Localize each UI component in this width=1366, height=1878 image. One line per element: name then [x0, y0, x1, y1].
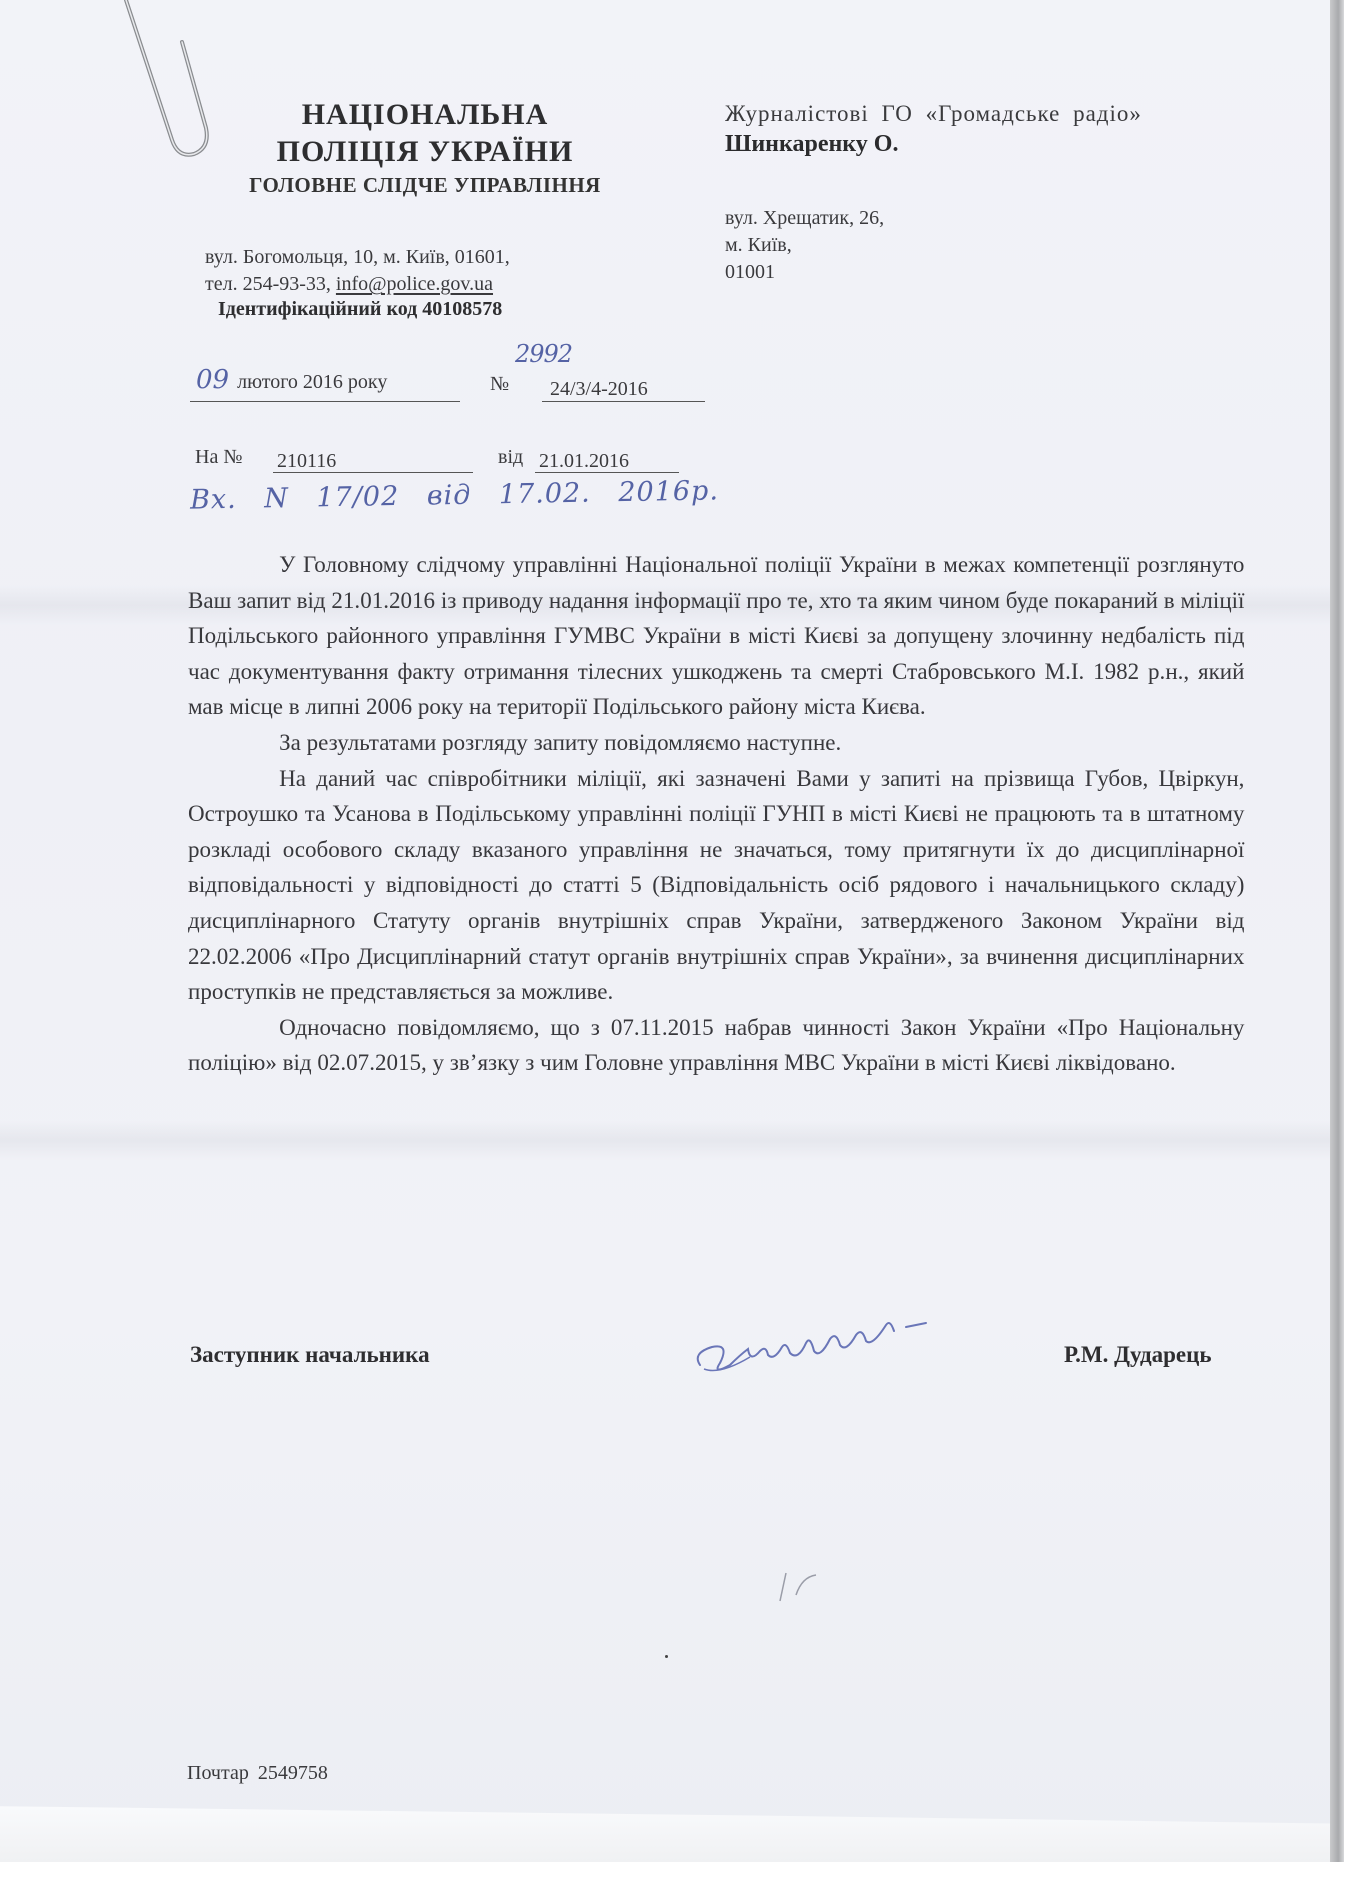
recipient-postcode: 01001 — [725, 259, 884, 286]
letter-body: У Головному слідчому управлінні Націонал… — [188, 548, 1244, 1082]
ref-number-field: 210116 — [273, 438, 473, 473]
org-phone: тел. 254-93-33, — [205, 273, 331, 295]
recipient-street: вул. Хрещатик, 26, — [725, 205, 884, 232]
recipient-city: м. Київ, — [725, 232, 884, 259]
body-paragraph: У Головному слідчому управлінні Націонал… — [188, 548, 1244, 726]
org-id-code: Ідентифікаційний код 40108578 — [218, 298, 502, 321]
paper-edge-shadow — [1330, 0, 1344, 1862]
org-department: ГОЛОВНЕ СЛІДЧЕ УПРАВЛІННЯ — [190, 170, 660, 200]
outgoing-doc-number: 24/3/4-2016 — [542, 365, 705, 402]
recipient-block: Журналістові ГО «Громадське радіо» Шинка… — [725, 98, 1142, 160]
handwritten-signature-icon — [690, 1305, 1010, 1385]
number-sign: № — [490, 373, 509, 396]
body-paragraph: Одночасно повідомляємо, що з 07.11.2015 … — [188, 1011, 1244, 1082]
ink-speck — [665, 1655, 668, 1658]
org-email-link[interactable]: info@police.gov.ua — [336, 273, 493, 295]
letter-date-text: лютого 2016 року — [237, 371, 387, 393]
signatory-title: Заступник начальника — [190, 1342, 430, 1368]
signatory-name: Р.М. Дударець — [1064, 1342, 1212, 1368]
recipient-to-line: Журналістові ГО «Громадське радіо» — [725, 98, 1142, 129]
stray-pen-mark — [772, 1565, 832, 1605]
org-address-block: вул. Богомольця, 10, м. Київ, 01601, тел… — [205, 244, 510, 298]
body-paragraph: На даний час співробітники міліції, які … — [188, 762, 1244, 1011]
courier-number: Почтар 2549758 — [187, 1762, 328, 1785]
organization-header: НАЦІОНАЛЬНА ПОЛІЦІЯ УКРАЇНИ ГОЛОВНЕ СЛІД… — [190, 96, 660, 200]
org-name-line2: ПОЛІЦІЯ УКРАЇНИ — [190, 133, 660, 170]
handwritten-day: 09 — [196, 365, 229, 395]
ref-number-label: На № — [195, 446, 242, 469]
ref-date-field: 21.01.2016 — [535, 438, 679, 473]
letter-date-field: 09лютого 2016 року — [190, 365, 460, 402]
handwritten-reg-number: 2992 — [515, 340, 572, 368]
org-name-line1: НАЦІОНАЛЬНА — [190, 96, 660, 133]
ref-date-label: від — [498, 446, 523, 469]
recipient-name: Шинкаренку О. — [725, 129, 1142, 160]
org-address: вул. Богомольця, 10, м. Київ, 01601, — [205, 244, 510, 271]
recipient-address: вул. Хрещатик, 26, м. Київ, 01001 — [725, 205, 884, 286]
paper-fold — [0, 1120, 1330, 1160]
body-paragraph: За результатами розгляду запиту повідомл… — [188, 726, 1244, 762]
